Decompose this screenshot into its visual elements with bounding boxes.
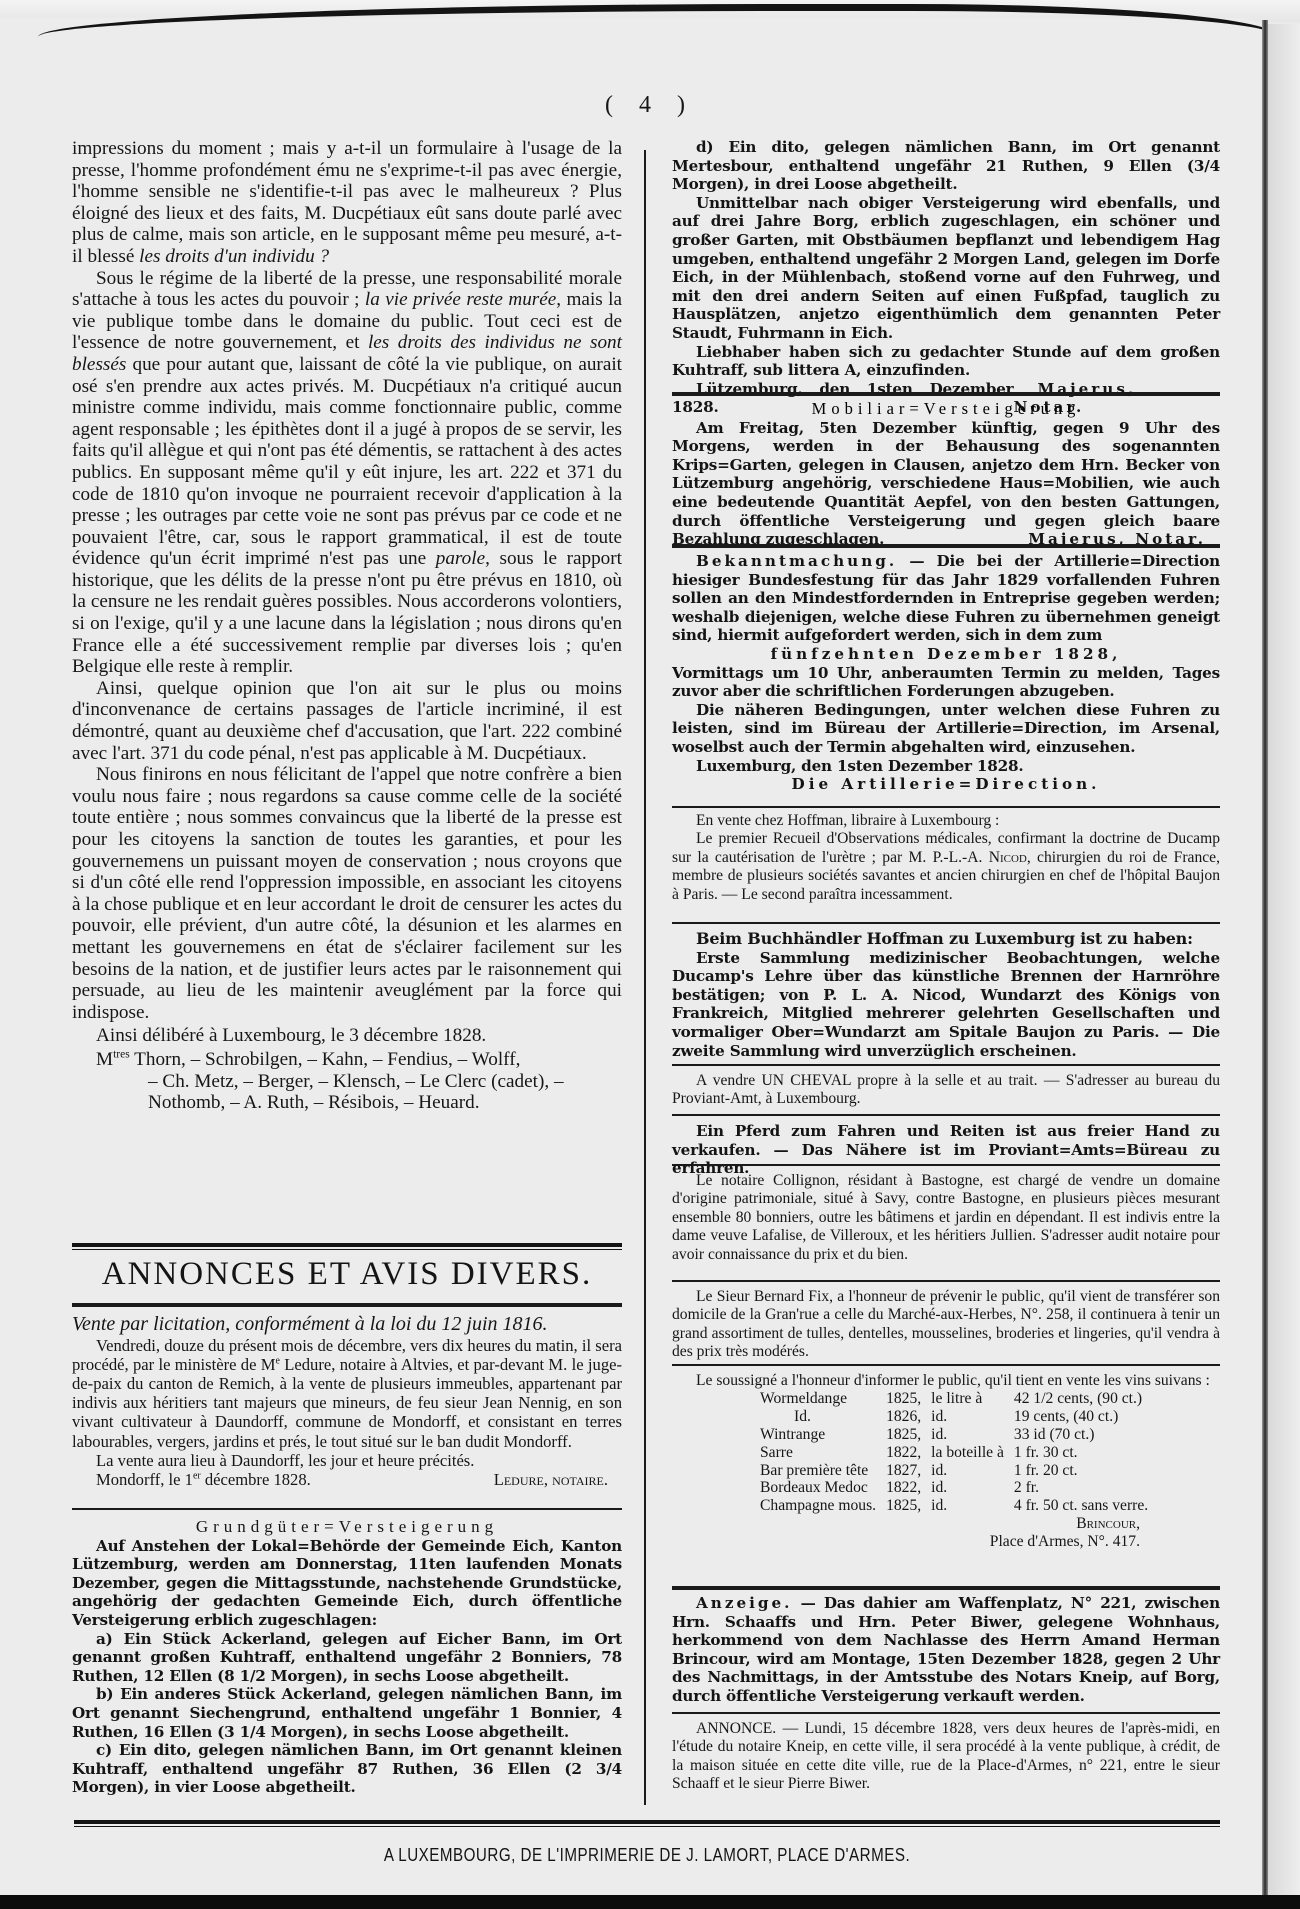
notice-rule	[672, 1164, 1220, 1166]
article-paragraph: Nous finirons en nous félicitant de l'ap…	[72, 764, 622, 1023]
notice-rule	[672, 1586, 1220, 1590]
footer-rule	[74, 1820, 1220, 1827]
notice-body: Le Sieur Bernard Fix, a l'honneur de pré…	[672, 1288, 1220, 1362]
notice-body: Liebhaber haben sich zu gedachter Stunde…	[672, 343, 1220, 380]
notice-body: Vendredi, douze du présent mois de décem…	[72, 1336, 622, 1451]
notice-body: Auf Anstehen der Lokal=Behörde der Gemei…	[72, 1537, 622, 1630]
notice-body: Le notaire Collignon, résidant à Bastogn…	[672, 1172, 1220, 1264]
notary-signature: Ledure, notaire.	[470, 1470, 608, 1489]
notice-rule	[672, 392, 1220, 396]
editorial-article: impressions du moment ; mais y a-t-il un…	[72, 138, 622, 1114]
notice-rule	[672, 806, 1220, 808]
wine-row: Champagne mous.1825,id.4 fr. 50 ct. sans…	[760, 1497, 1158, 1515]
notice-body: Bekanntmachung. — Die bei der Artillerie…	[672, 552, 1220, 645]
wine-row: Sarre1822,la boteille à1 fr. 30 ct.	[760, 1444, 1158, 1462]
merchant-signature: Brincour,	[672, 1515, 1220, 1533]
notice-item: b) Ein anderes Stück Ackerland, gelegen …	[72, 1685, 622, 1741]
section-rule	[72, 1243, 622, 1250]
section-rule	[72, 1303, 622, 1307]
notice-rule	[672, 1364, 1220, 1366]
notice-signature: Die Artillerie=Direction.	[672, 775, 1220, 794]
notice-body: Vormittags um 10 Uhr, anberaumten Termin…	[672, 664, 1220, 701]
notice-body: Die näheren Bedingungen, unter welchen d…	[672, 701, 1220, 757]
merchant-address: Place d'Armes, N°. 417.	[672, 1533, 1220, 1551]
notice-body: ANNONCE. — Lundi, 15 décembre 1828, vers…	[672, 1720, 1220, 1794]
anzeige-notice: Anzeige. — Das dahier am Waffenplatz, N°…	[672, 1594, 1220, 1706]
article-paragraph: impressions du moment ; mais y a-t-il un…	[72, 138, 622, 268]
bekanntmachung-notice: Bekanntmachung. — Die bei der Artillerie…	[672, 552, 1220, 794]
grundgueter-continuation: d) Ein dito, gelegen nämlichen Bann, im …	[672, 138, 1220, 417]
wines-notice: Le soussigné a l'honneur d'informer le p…	[672, 1372, 1220, 1551]
notice-title: Vente par licitation, conformément à la …	[72, 1314, 622, 1336]
signatories: Mtres Thorn, – Schrobilgen, – Kahn, – Fe…	[72, 1049, 622, 1114]
fix-notice: Le Sieur Bernard Fix, a l'honneur de pré…	[672, 1288, 1220, 1362]
wine-row: Bar première tête1827,id.1 fr. 20 ct.	[760, 1462, 1158, 1480]
wine-row: Id.1826,id.19 cents, (40 ct.)	[760, 1408, 1158, 1426]
notice-rule	[672, 544, 1220, 548]
notice-signature-row: Mondorff, le 1er décembre 1828. Ledure, …	[72, 1470, 622, 1489]
notice-body: Unmittelbar nach obiger Versteigerung wi…	[672, 194, 1220, 343]
notice-rule	[672, 1712, 1220, 1714]
licitation-notice: Vente par licitation, conformément à la …	[72, 1314, 622, 1489]
notice-body: Am Freitag, 5ten Dezember künftig, gegen…	[672, 419, 1220, 549]
notice-body: Erste Sammlung medizinischer Beobachtung…	[672, 949, 1220, 1061]
notice-rule	[72, 1508, 622, 1510]
pferd-notice: Ein Pferd zum Fahren und Reiten ist aus …	[672, 1122, 1220, 1178]
notice-rule	[672, 1114, 1220, 1116]
article-paragraph: Sous le régime de la liberté de la press…	[72, 268, 622, 678]
printer-imprint: A LUXEMBOURG, DE L'IMPRIMERIE DE J. LAMO…	[177, 1844, 1117, 1866]
notice-body: Anzeige. — Das dahier am Waffenplatz, N°…	[672, 1594, 1220, 1706]
notice-place-date: Luxemburg, den 1sten Dezember 1828.	[672, 757, 1220, 776]
hoffman-de-notice: Beim Buchhändler Hoffman zu Luxemburg is…	[672, 930, 1220, 1060]
notice-lead: Beim Buchhändler Hoffman zu Luxemburg is…	[672, 930, 1220, 949]
notice-item: c) Ein dito, gelegen nämlichen Bann, im …	[72, 1741, 622, 1797]
notice-title: Grundgüter=Versteigerung	[72, 1518, 622, 1537]
column-divider	[644, 150, 646, 1805]
notice-body: La vente aura lieu à Daundorff, les jour…	[72, 1451, 622, 1470]
notice-rule	[672, 922, 1220, 924]
wine-row: Wintrange1825,id.33 id (70 ct.)	[760, 1426, 1158, 1444]
cheval-notice: A vendre UN CHEVAL propre à la selle et …	[672, 1072, 1220, 1109]
mobiliar-notice: Mobiliar=Versteigerung Am Freitag, 5ten …	[672, 400, 1220, 549]
grundgueter-notice: Grundgüter=Versteigerung Auf Anstehen de…	[72, 1518, 622, 1797]
notice-title: Mobiliar=Versteigerung	[672, 400, 1220, 419]
article-paragraph: Ainsi, quelque opinion que l'on ait sur …	[72, 678, 622, 764]
notice-body: Ein Pferd zum Fahren und Reiten ist aus …	[672, 1122, 1220, 1178]
collignon-notice: Le notaire Collignon, résidant à Bastogn…	[672, 1172, 1220, 1264]
notice-body: Le soussigné a l'honneur d'informer le p…	[672, 1372, 1220, 1390]
hoffman-fr-notice: En vente chez Hoffman, libraire à Luxemb…	[672, 812, 1220, 904]
notice-rule	[672, 1064, 1220, 1066]
section-heading: ANNONCES ET AVIS DIVERS.	[72, 1256, 622, 1293]
annonce-notice: ANNONCE. — Lundi, 15 décembre 1828, vers…	[672, 1720, 1220, 1794]
notice-date: fünfzehnten Dezember 1828,	[672, 645, 1220, 664]
adjacent-page-edge	[1268, 24, 1300, 1909]
article-dateline: Ainsi délibéré à Luxembourg, le 3 décemb…	[72, 1025, 622, 1047]
notice-body: A vendre UN CHEVAL propre à la selle et …	[672, 1072, 1220, 1109]
scan-bottom-edge	[0, 1895, 1300, 1909]
notice-body: Le premier Recueil d'Observations médica…	[672, 830, 1220, 904]
wine-price-list: Wormeldange1825,le litre à42 1/2 cents, …	[760, 1390, 1158, 1515]
notice-rule	[672, 1280, 1220, 1282]
wine-row: Wormeldange1825,le litre à42 1/2 cents, …	[760, 1390, 1158, 1408]
notice-lead: En vente chez Hoffman, libraire à Luxemb…	[672, 812, 1220, 830]
notice-item: a) Ein Stück Ackerland, gelegen auf Eich…	[72, 1630, 622, 1686]
notice-item: d) Ein dito, gelegen nämlichen Bann, im …	[672, 138, 1220, 194]
page-number: ( 4 )	[590, 92, 710, 119]
wine-row: Bordeaux Medoc1822,id.2 fr.	[760, 1479, 1158, 1497]
